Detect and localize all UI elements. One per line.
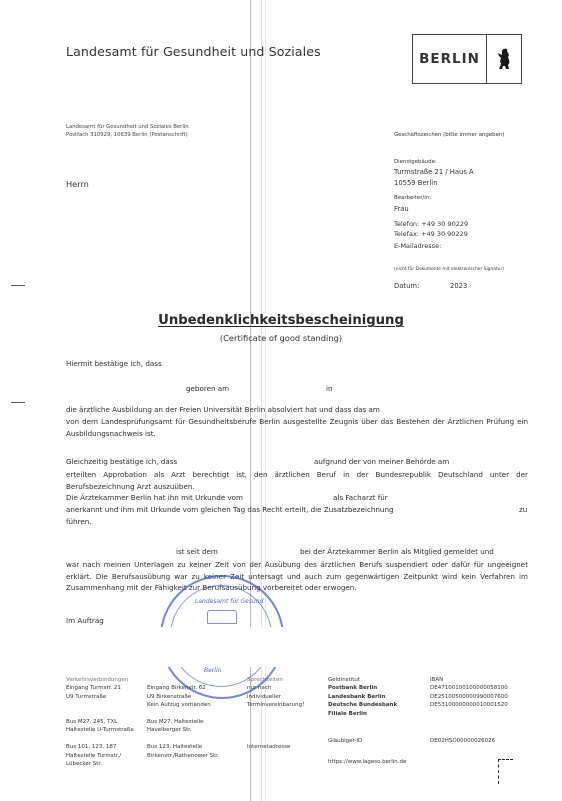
date-value: 2023 xyxy=(450,281,467,291)
paragraph-4-continued: bei der Ärztekammer Berlin als Mitglied … xyxy=(300,547,494,556)
footer-text: Terminvereinbarung! xyxy=(247,701,304,709)
footer-ibans: IBAN DE47100100100000058100 DE2510050000… xyxy=(430,676,508,710)
iban-label: IBAN xyxy=(430,676,508,684)
footer-text: Verkehrsverbindungen xyxy=(66,676,134,684)
footer-hours: Sprechzeiten nur nach individueller Term… xyxy=(247,676,304,752)
organization-name: Landesamt für Gesundheit und Soziales xyxy=(66,44,321,59)
bank-label: Geldinstitut xyxy=(328,676,397,684)
paragraph-1-line: die ärztliche Ausbildung an der Freien U… xyxy=(66,405,380,414)
footer-text: Internetadresse xyxy=(247,743,304,751)
scan-corner-mark xyxy=(498,759,513,784)
paragraph-3-line-2: anerkannt und ihm mit Urkunde vom gleich… xyxy=(66,505,394,514)
footer-text: U9 Turmstraße xyxy=(66,693,134,701)
paragraph-2: erteilten Approbation als Arzt berechtig… xyxy=(66,469,528,492)
email-label: E-Mailadresse: xyxy=(394,241,441,251)
footer-bank-names: Geldinstitut Postbank Berlin Landesbank … xyxy=(328,676,397,718)
paragraph-4-start: ist seit dem xyxy=(176,547,218,556)
footer-text: individueller xyxy=(247,693,304,701)
recipient-salutation: Herrn xyxy=(66,179,89,189)
iban-value: DE25100500000990007600 xyxy=(430,693,508,701)
bank-name: Landesbank Berlin xyxy=(328,693,397,701)
email-note: (nicht für Dokumente mit elektronischer … xyxy=(394,265,504,275)
stamp-text-bottom: Berlin xyxy=(204,667,221,674)
footer-text: Havelberger Str. xyxy=(147,726,219,734)
clerk-label: Bearbeiter/in: xyxy=(394,193,431,203)
footer-text: Birkenstr./Rathenower Str. xyxy=(147,752,219,760)
fax: Telefax: +49 30 90229 xyxy=(394,229,468,239)
bank-name: Deutsche Bundesbank xyxy=(328,701,397,709)
footer-text: U9 Birkenstraße xyxy=(147,693,219,701)
fold-mark xyxy=(11,285,25,286)
building-label: Dienstgebäude: xyxy=(394,157,437,167)
born-label: geboren am xyxy=(186,384,229,393)
document-subtitle: (Certificate of good standing) xyxy=(0,333,562,343)
iban-value: DE47100100100000058100 xyxy=(430,684,508,692)
footer-text: Bus M27, Haltestelle xyxy=(147,718,219,726)
phone: Telefon: +49 30 90229 xyxy=(394,219,468,229)
footer-text: Haltestelle U-Turmstraße xyxy=(66,726,134,734)
creditor-id-value: DE02HSO00000026026 xyxy=(430,737,495,745)
building-city: 10559 Berlin xyxy=(394,178,438,188)
footer-text: Sprechzeiten xyxy=(247,676,304,684)
paragraph-2-continued: aufgrund der von meiner Behörde am xyxy=(314,457,449,466)
bank-name: Postbank Berlin xyxy=(328,684,397,692)
creditor-id-label: Gläubiger-ID xyxy=(328,737,362,745)
paragraph-4: war nach meinen Unterlagen zu keiner Zei… xyxy=(66,559,528,594)
paragraph-2-start: Gleichzeitig bestätige ich, dass xyxy=(66,457,177,466)
website-link[interactable]: https://www.lageso.berlin.de xyxy=(328,758,406,766)
footer-text: Lübecker Str. xyxy=(66,760,134,768)
footer-text: nur nach xyxy=(247,684,304,692)
clerk-value: Frau xyxy=(394,204,409,214)
building-street: Turmstraße 21 / Haus A xyxy=(394,167,474,177)
footer-text: Bus 101, 123, 187 xyxy=(66,743,134,751)
footer-transport-col1: Verkehrsverbindungen Eingang Turmstr. 21… xyxy=(66,676,134,768)
redaction-gap xyxy=(0,627,562,667)
stamp-text-top: Landesamt für Gesund xyxy=(195,598,263,605)
title-text: Unbedenklichkeitsbescheinigung xyxy=(158,313,404,328)
paragraph-3-suffix: zu xyxy=(519,505,527,514)
paragraph-3-end: führen. xyxy=(66,517,92,526)
paragraph-3-start: Die Ärztekammer Berlin hat ihn mit Urkun… xyxy=(66,493,243,502)
iban-value: DE53100000000010001520 xyxy=(430,701,508,709)
bank-name: Filiale Berlin xyxy=(328,710,397,718)
reference-label: Geschäftszeichen (bitte immer angeben) xyxy=(394,130,504,140)
paragraph-3-continued: als Facharzt für xyxy=(333,493,388,502)
footer-text: Bus 123, Haltestelle xyxy=(147,743,219,751)
footer-text: Eingang Turmstr. 21 xyxy=(66,684,134,692)
born-in-label: in xyxy=(326,384,333,393)
intro-text: Hiermit bestätige ich, dass xyxy=(66,359,162,368)
sender-line: Landesamt für Gesundheit und Soziales Be… xyxy=(66,123,189,131)
crown-icon xyxy=(207,610,237,624)
date-label: Datum: xyxy=(394,281,419,291)
fold-mark xyxy=(11,402,25,403)
footer-text: Haltestelle Turmstr./ xyxy=(66,752,134,760)
berlin-bear-icon xyxy=(487,35,521,83)
berlin-logo: BERLIN xyxy=(412,34,522,84)
logo-text: BERLIN xyxy=(413,35,487,83)
sender-address: Landesamt für Gesundheit und Soziales Be… xyxy=(66,123,189,139)
sender-line: Postfach 310929, 10639 Berlin (Postansch… xyxy=(66,131,189,139)
footer-transport-col2: Eingang Birkenstr. 62 U9 Birkenstraße Ke… xyxy=(147,676,219,760)
document-title: Unbedenklichkeitsbescheinigung xyxy=(0,313,562,328)
closing-text: Im Auftrag xyxy=(66,616,104,625)
footer-text: Bus M27, 245, TXL xyxy=(66,718,134,726)
footer-text: Eingang Birkenstr. 62 xyxy=(147,684,219,692)
footer-text: Kein Aufzug vorhanden xyxy=(147,701,219,709)
paragraph-1: von dem Landesprüfungsamt für Gesundheit… xyxy=(66,416,528,439)
